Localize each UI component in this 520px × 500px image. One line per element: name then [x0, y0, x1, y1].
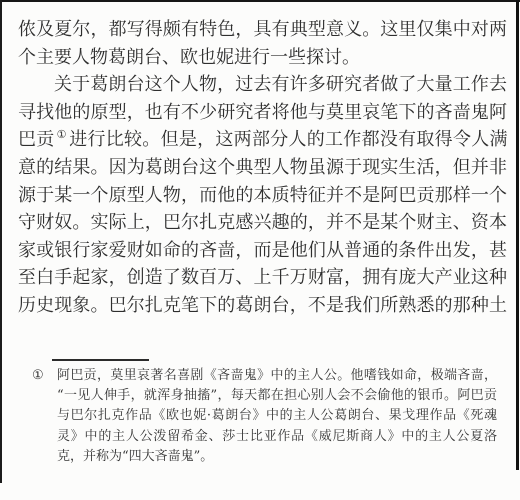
body-text: 侬及夏尔，都写得颇有特色，具有典型意义。这里仅集中对两 个主要人物葛朗台、欧也妮…	[18, 16, 507, 320]
paragraph-line: 寻找他的原型，也有不少研究者将他与莫里哀笔下的吝啬鬼阿	[18, 99, 507, 127]
line-text: 进行比较。但是，这两部分人的工作都没有取得令人满	[69, 129, 507, 150]
footnote: ① 阿巴贡，莫里哀著名喜剧《吝啬鬼》中的主人公。他嗜钱如命，极端吝啬， “一见人…	[32, 366, 498, 467]
footnote-separator	[52, 359, 149, 361]
footnote-marker: ①	[32, 366, 57, 386]
footnote-line: 灵》中的主人公泼留希金、莎士比亚作品《威尼斯商人》中的主人公夏洛	[57, 427, 497, 447]
footnote-reference-superscript: ①	[57, 128, 68, 141]
paragraph-line: 意的结果。因为葛朗台这个典型人物虽源于现实生活，但并非	[18, 154, 507, 182]
paragraph-line: 守财奴。实际上，巴尔扎克感兴趣的，并不是某个财主、资本	[18, 209, 507, 237]
paragraph-line: 至白手起家，创造了数百万、上千万财富，拥有庞大产业这种	[18, 264, 507, 292]
footnote-line: 阿巴贡，莫里哀著名喜剧《吝啬鬼》中的主人公。他嗜钱如命，极端吝啬，	[57, 366, 497, 386]
scan-border-top	[0, 0, 520, 2]
scanned-book-page: 侬及夏尔，都写得颇有特色，具有典型意义。这里仅集中对两 个主要人物葛朗台、欧也妮…	[0, 0, 520, 500]
scan-border-right	[516, 0, 519, 470]
paragraph-line: 巴贡①进行比较。但是，这两部分人的工作都没有取得令人满	[18, 126, 507, 154]
paragraph-line: 侬及夏尔，都写得颇有特色，具有典型意义。这里仅集中对两	[18, 16, 507, 44]
paragraph-line: 关于葛朗台这个人物，过去有许多研究者做了大量工作去	[18, 71, 507, 99]
footnote-line: 与巴尔扎克作品《欧也妮·葛朗台》中的主人公葛朗台、果戈理作品《死魂	[57, 406, 497, 426]
footnote-text: 阿巴贡，莫里哀著名喜剧《吝啬鬼》中的主人公。他嗜钱如命，极端吝啬， “一见人伸手…	[57, 366, 497, 467]
scan-border-left	[0, 0, 2, 483]
footnote-line: “一见人伸手，就浑身抽搐”，每天都在担心别人会不会偷他的银币。阿巴贡	[57, 386, 497, 406]
line-text: 巴贡	[18, 129, 55, 150]
paragraph-line: 家或银行家爱财如命的吝啬，而是他们从普通的条件出发，甚	[18, 237, 507, 265]
paragraph-line: 历史现象。巴尔扎克笔下的葛朗台，不是我们所熟悉的那种土	[18, 292, 507, 320]
footnote-line: 克，并称为“四大吝啬鬼”。	[57, 447, 497, 467]
paragraph-line: 个主要人物葛朗台、欧也妮进行一些探讨。	[18, 44, 507, 72]
paragraph-line: 源于某一个原型人物，而他的本质特征并不是阿巴贡那样一个	[18, 182, 507, 210]
